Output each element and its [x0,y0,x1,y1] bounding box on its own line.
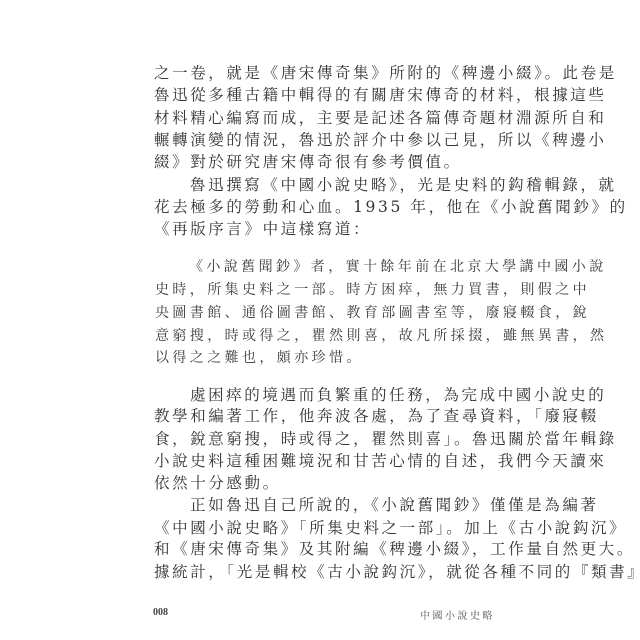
paragraph4-line: 正如魯迅自己所說的，《小說舊聞鈔》僅僅是為編著 [154,494,484,516]
paragraph3-line: 教學和編著工作，他奔波各處，為了查尋資料，「廢寢輟 [154,405,484,427]
paragraph2-line: 《再版序言》中這樣寫道： [154,218,484,240]
paragraph2-line: 魯迅撰寫《中國小說史略》，光是史料的鈎稽輯錄，就 [154,174,484,196]
paragraph2-line: 花去極多的勞動和心血。1935 年，他在《小說舊聞鈔》的 [154,196,484,218]
quote-line: 《小說舊聞鈔》者，實十餘年前在北京大學講中國小說 [155,256,477,278]
paragraph3-line: 小說史料這種困難境況和甘苦心情的自述，我們今天讀來 [154,450,484,472]
quote-line: 以得之之難也，頗亦珍惜。 [155,347,477,369]
paragraph4-line: 和《唐宋傳奇集》及其附編《稗邊小綴》，工作量自然更大。 [154,538,484,560]
quote-line: 央圖書館、通俗圖書館、教育部圖書室等，廢寢輟食，銳 [155,302,477,324]
quote-line: 史時，所集史料之一部。時方困瘁，無力買書，則假之中 [155,279,477,301]
paragraph3-line: 處困瘁的境遇而負繁重的任務，為完成中國小說史的 [154,384,484,406]
paragraph1-line: 輾轉演變的情況，魯迅於評介中參以己見，所以《稗邊小 [154,129,484,151]
paragraph1-line: 魯迅從多種古籍中輯得的有關唐宋傳奇的材料，根據這些 [154,84,484,106]
paragraph4-line: 據統計，「光是輯校《古小說鈎沉》，就從各種不同的『類書』 [154,561,484,583]
paragraph1-line: 綴》對於研究唐宋傳奇很有參考價值。 [154,151,484,173]
page-number: 008 [153,607,168,618]
paragraph3-line: 食，銳意窮搜，時或得之，瞿然則喜」。魯迅關於當年輯錄 [154,428,484,450]
paragraph4-line: 《中國小說史略》「所集史料之一部」。加上《古小說鈎沉》 [154,517,484,539]
quote-line: 意窮搜，時或得之，瞿然則喜，故凡所採掇，雖無異書，然 [155,325,477,347]
book-page: 之一卷，就是《唐宋傳奇集》所附的《稗邊小綴》。此卷是 魯迅從多種古籍中輯得的有關… [0,0,640,640]
paragraph1-line: 之一卷，就是《唐宋傳奇集》所附的《稗邊小綴》。此卷是 [154,62,484,84]
paragraph3-line: 依然十分感動。 [154,472,484,494]
running-footer-title: 中國小說史略 [420,607,495,622]
paragraph1-line: 材料精心編寫而成，主要是記述各篇傳奇題材淵源所自和 [154,107,484,129]
